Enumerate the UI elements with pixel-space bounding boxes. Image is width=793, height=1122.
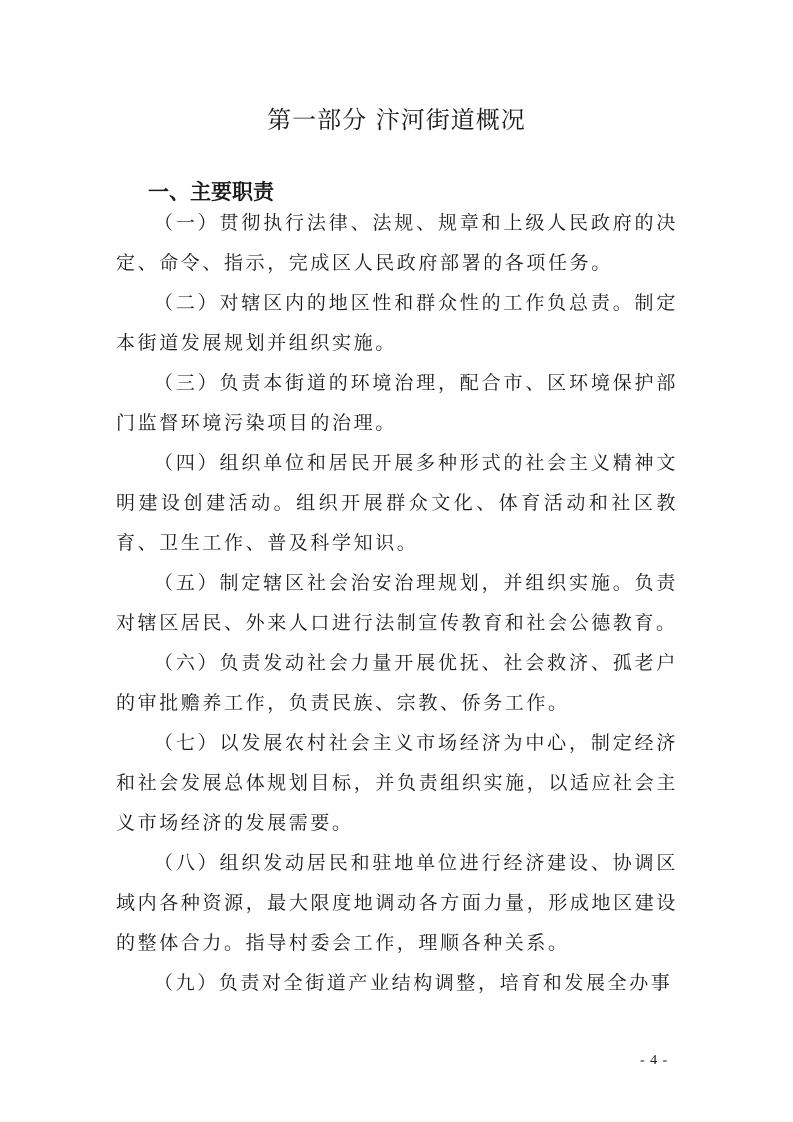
- section-heading: 一、主要职责: [148, 176, 274, 206]
- paragraph-2: （二）对辖区内的地区性和群众性的工作负总责。制定本街道发展规划并组织实施。: [116, 283, 678, 363]
- paragraph-9: （九）负责对全街道产业结构调整，培育和发展全办事: [116, 963, 678, 1003]
- page-title: 第一部分 汴河街道概况: [0, 100, 793, 135]
- paragraph-3: （三）负责本街道的环境治理，配合市、区环境保护部门监督环境污染项目的治理。: [116, 363, 678, 443]
- paragraph-8: （八）组织发动居民和驻地单位进行经济建设、协调区域内各种资源，最大限度地调动各方…: [116, 843, 678, 963]
- paragraph-4: （四）组织单位和居民开展多种形式的社会主义精神文明建设创建活动。组织开展群众文化…: [116, 443, 678, 563]
- document-body: （一）贯彻执行法律、法规、规章和上级人民政府的决定、命令、指示，完成区人民政府部…: [116, 203, 678, 1003]
- paragraph-5: （五）制定辖区社会治安治理规划，并组织实施。负责对辖区居民、外来人口进行法制宣传…: [116, 563, 678, 643]
- page-number: - 4 -: [640, 1053, 668, 1069]
- paragraph-7: （七）以发展农村社会主义市场经济为中心，制定经济和社会发展总体规划目标，并负责组…: [116, 723, 678, 843]
- paragraph-1: （一）贯彻执行法律、法规、规章和上级人民政府的决定、命令、指示，完成区人民政府部…: [116, 203, 678, 283]
- paragraph-6: （六）负责发动社会力量开展优抚、社会救济、孤老户的审批赡养工作，负责民族、宗教、…: [116, 643, 678, 723]
